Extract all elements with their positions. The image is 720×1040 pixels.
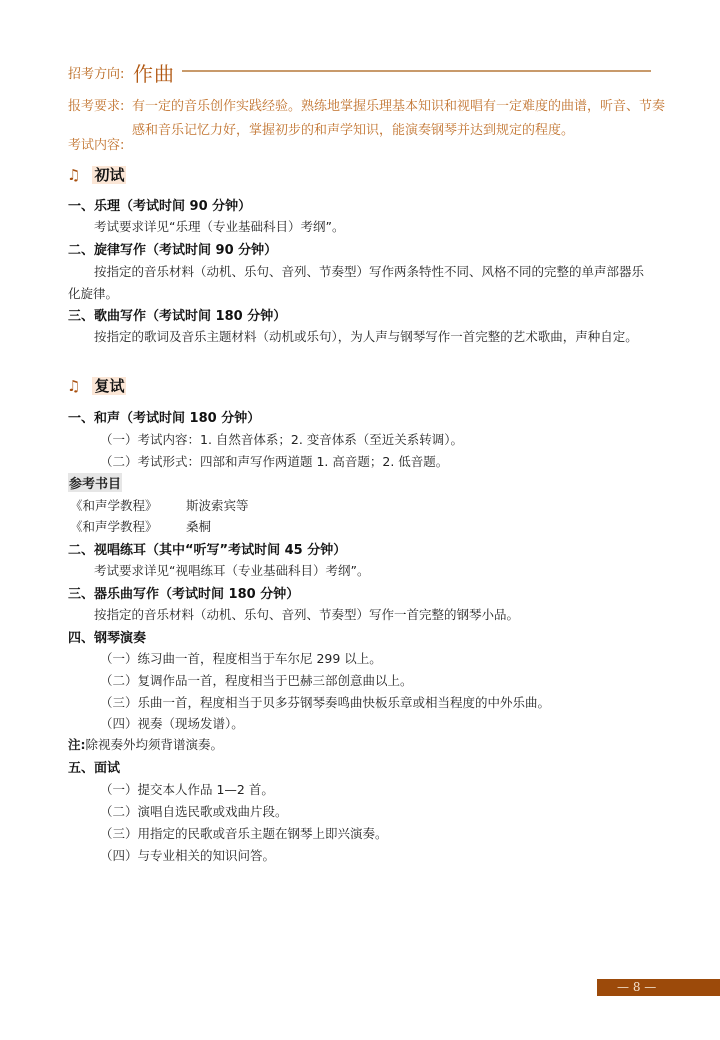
sub-item: （二）考试形式：四部和声写作两道题 1. 高音题；2. 低音题。 xyxy=(100,452,448,470)
direction-label: 招考方向: xyxy=(68,63,124,82)
sub-item: （二）演唱自选民歌或戏曲片段。 xyxy=(100,802,288,820)
section-title: 初试 xyxy=(92,166,126,184)
item-text: 按指定的歌词及音乐主题材料（动机或乐句），为人声与钢琴写作一首完整的艺术歌曲，声… xyxy=(94,327,638,345)
section-preliminary: ♫初试 xyxy=(67,164,126,185)
book-title: 《和声学教程》 xyxy=(70,517,158,535)
section-title: 复试 xyxy=(92,377,126,395)
header-divider xyxy=(182,70,651,72)
item-heading: 三、歌曲写作（考试时间 180 分钟） xyxy=(68,305,286,324)
item-heading: 五、面试 xyxy=(68,757,120,776)
sub-item: （二）复调作品一首，程度相当于巴赫三部创意曲以上。 xyxy=(100,671,413,689)
requirement-text-line1: 有一定的音乐创作实践经验。熟练地掌握乐理基本知识和视唱有一定难度的曲谱，听音、节… xyxy=(132,95,665,114)
page-number-badge: — 8 — xyxy=(597,979,720,996)
sub-item: （一）考试内容：1. 自然音体系；2. 变音体系（至近关系转调）。 xyxy=(100,430,463,448)
music-note-icon: ♫ xyxy=(67,166,80,184)
sub-item: （三）乐曲一首，程度相当于贝多芬钢琴奏鸣曲快板乐章或相当程度的中外乐曲。 xyxy=(100,693,550,711)
note-label: 注: xyxy=(68,737,86,752)
book-title: 《和声学教程》 xyxy=(70,496,158,514)
page-number: — 8 — xyxy=(617,980,656,994)
note-line: 注:除视奏外均须背谱演奏。 xyxy=(68,735,223,753)
item-heading: 二、视唱练耳（其中“听写”考试时间 45 分钟） xyxy=(68,539,346,558)
item-text: 按指定的音乐材料（动机、乐句、音列、节奏型）写作一首完整的钢琴小品。 xyxy=(94,605,519,623)
sub-item: （三）用指定的民歌或音乐主题在钢琴上即兴演奏。 xyxy=(100,824,388,842)
book-author: 桑桐 xyxy=(186,517,211,535)
note-text: 除视奏外均须背谱演奏。 xyxy=(86,737,224,752)
references-label: 参考书目 xyxy=(68,473,122,492)
item-heading: 三、器乐曲写作（考试时间 180 分钟） xyxy=(68,583,299,602)
item-text: 考试要求详见“乐理（专业基础科目）考纲”。 xyxy=(94,217,344,235)
book-author: 斯波索宾等 xyxy=(186,496,249,514)
item-heading: 一、和声（考试时间 180 分钟） xyxy=(68,407,260,426)
item-heading: 一、乐理（考试时间 90 分钟） xyxy=(68,195,251,214)
content-label: 考试内容: xyxy=(68,134,124,153)
major-title: 作曲 xyxy=(133,58,175,87)
music-note-icon: ♫ xyxy=(67,377,80,395)
sub-item: （一）练习曲一首，程度相当于车尔尼 299 以上。 xyxy=(100,649,382,667)
sub-item: （四）视奏（现场发谱）。 xyxy=(100,714,244,732)
requirement-label: 报考要求: xyxy=(68,95,124,114)
section-retest: ♫复试 xyxy=(67,375,126,396)
item-heading: 四、钢琴演奏 xyxy=(68,627,146,646)
item-heading: 二、旋律写作（考试时间 90 分钟） xyxy=(68,239,277,258)
item-text: 考试要求详见“视唱练耳（专业基础科目）考纲”。 xyxy=(94,561,369,579)
sub-item: （四）与专业相关的知识问答。 xyxy=(100,846,275,864)
item-text-cont: 化旋律。 xyxy=(68,284,118,302)
item-text: 按指定的音乐材料（动机、乐句、音列、节奏型）写作两条特性不同、风格不同的完整的单… xyxy=(94,262,644,280)
sub-item: （一）提交本人作品 1—2 首。 xyxy=(100,780,274,798)
requirement-text-line2: 感和音乐记忆力好，掌握初步的和声学知识，能演奏钢琴并达到规定的程度。 xyxy=(132,119,574,138)
